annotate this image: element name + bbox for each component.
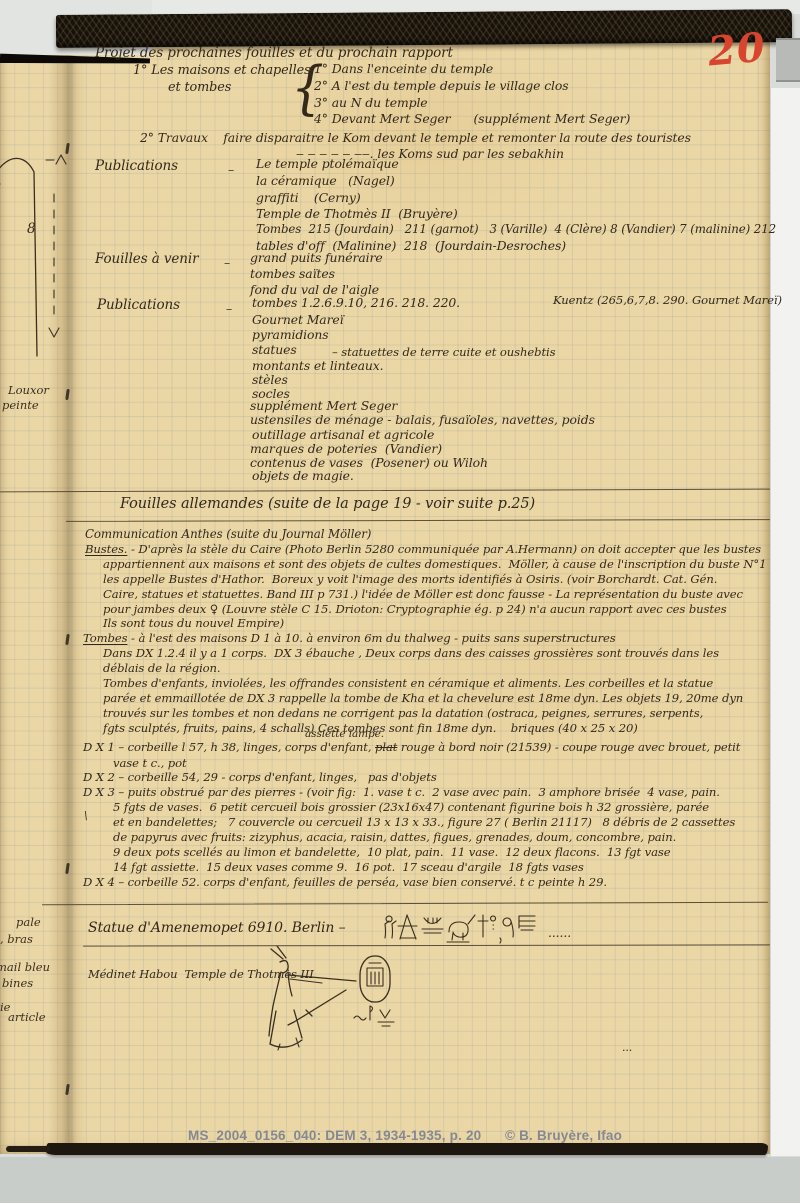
margin-fragment: bines — [2, 977, 33, 989]
handwritten-line: Médinet Habou Temple de Thotmès III — [88, 968, 314, 980]
handwritten-line: tombes saïtes — [250, 267, 335, 280]
handwritten-line: 1° Dans l'enceinte du temple — [314, 62, 493, 75]
handwritten-line: Tombes - à l'est des maisons D 1 à 10. à… — [83, 632, 616, 644]
margin-fragment: \ — [84, 810, 88, 822]
handwritten-line: ... — [622, 1042, 632, 1054]
handwritten-line: 5 fgts de vases. 6 petit cercueil bois g… — [113, 801, 709, 813]
handwritten-line: Publications — [95, 159, 178, 173]
handwritten-line: montants et linteaux. — [252, 359, 383, 372]
handwritten-line: Statue d'Amenemopet 6910. Berlin – — [88, 921, 346, 936]
handwritten-line: grand puits funéraire — [250, 251, 383, 264]
handwritten-line: stèles — [252, 373, 288, 386]
handwritten-line: Projet des prochaines fouilles et du pro… — [95, 46, 453, 60]
page-number: 20 — [706, 24, 768, 76]
handwritten-line: – — [228, 163, 234, 176]
handwritten-line: Caire, statues et statuettes. Band III p… — [103, 588, 743, 600]
handwritten-line: Dans DX 1.2.4 il y a 1 corps. DX 3 ébauc… — [103, 647, 719, 659]
handwritten-line: Temple de Thotmès II (Bruyère) — [256, 207, 458, 220]
handwritten-line: 4° Devant Mert Seger (supplément Mert Se… — [314, 112, 630, 125]
handwritten-line: vase t c., pot — [113, 757, 187, 769]
handwritten-line: Gournet Mareï — [252, 313, 344, 326]
handwritten-line: graffiti (Cerny) — [256, 191, 361, 204]
cover-corner-metal — [776, 38, 800, 82]
notebook-scan: 20 MS_2004_0156_040: DEM 3, 1934-1935, p… — [0, 0, 800, 1203]
page-block-edge — [770, 88, 800, 1156]
handwritten-line: D X 4 – corbeille 52. corps d'enfant, fe… — [83, 876, 607, 888]
handwritten-line: pyramidions — [252, 328, 329, 341]
archive-caption: MS_2004_0156_040: DEM 3, 1934-1935, p. 2… — [188, 1128, 481, 1143]
handwritten-line: parée et emmaillotée de DX 3 rappelle la… — [103, 692, 743, 704]
handwritten-line: tombes 1.2.6.9.10, 216. 218. 220. — [252, 296, 460, 309]
handwritten-line: de papyrus avec fruits: zizyphus, acacia… — [113, 831, 676, 843]
handwritten-line: statues — [252, 343, 297, 356]
handwritten-line: 3° au N du temple — [314, 96, 428, 109]
handwritten-line: D X 1 – corbeille l 57, h 38, linges, co… — [83, 741, 740, 753]
handwritten-line: ...... — [548, 926, 571, 939]
handwritten-line: Kuentz (265,6,7,8. 290. Gournet Mareï) — [553, 294, 782, 306]
handwritten-line: marques de poteries (Vandier) — [250, 442, 442, 455]
handwritten-line: trouvés sur les tombes et non dedans ne … — [103, 707, 703, 719]
handwritten-line: outillage artisanal et agricole — [252, 428, 434, 441]
handwritten-line: assiette lampe. — [305, 729, 384, 740]
margin-fragment: peinte — [2, 399, 39, 411]
handwritten-line: objets de magie. — [252, 469, 354, 482]
figure-cartouche-sketch — [250, 948, 410, 1050]
handwritten-line: les appelle Bustes d'Hathor. Boreux y vo… — [103, 573, 717, 585]
copyright-caption: © B. Bruyère, Ifao — [505, 1128, 622, 1143]
handwritten-line: Tombes d'enfants, inviolées, les offrand… — [103, 677, 713, 689]
handwritten-line: et tombes — [168, 81, 231, 94]
margin-fragment: pale — [16, 916, 41, 928]
page-bottom-torn-edge-left — [6, 1146, 50, 1152]
handwritten-line: – statuettes de terre cuite et oushebtis — [332, 346, 555, 358]
handwritten-line: 2° Travaux faire disparaitre le Kom deva… — [140, 131, 691, 144]
handwritten-line: – — [224, 256, 230, 269]
handwritten-line: Tombes 215 (Jourdain) 211 (garnot) 3 (Va… — [256, 223, 776, 235]
handwritten-line: Ils sont tous du nouvel Empire) — [103, 617, 284, 629]
margin-fragment: mail bleu — [0, 961, 50, 973]
handwritten-line: D X 2 – corbeille 54, 29 - corps d'enfan… — [83, 771, 437, 783]
handwritten-line: Le temple ptolémaïque — [256, 157, 399, 170]
hieroglyph-row — [383, 912, 543, 944]
handwritten-line: 1° Les maisons et chapelles — [133, 64, 311, 77]
handwritten-line: supplément Mert Seger — [250, 399, 397, 412]
page-bottom-torn-edge — [46, 1143, 768, 1155]
handwritten-line: pour jambes deux ♀ (Louvre stèle C 15. D… — [103, 603, 727, 615]
handwritten-line: 2° A l'est du temple depuis le village c… — [314, 79, 569, 92]
margin-fragment: Louxor — [8, 384, 49, 396]
handwritten-line: 9 deux pots scellés au limon et bandelet… — [113, 846, 671, 858]
margin-fragment: article — [8, 1011, 46, 1023]
handwritten-line: Fouilles à venir — [95, 252, 198, 266]
margin-fragment: 8 — [27, 222, 36, 236]
handwritten-line: Fouilles allemandes (suite de la page 19… — [120, 497, 535, 512]
handwritten-line: déblais de la région. — [103, 662, 221, 674]
handwritten-line: la céramique (Nagel) — [256, 174, 395, 187]
stela-sketch — [0, 136, 92, 371]
handwritten-line: 14 fgt assiette. 15 deux vases comme 9. … — [113, 861, 584, 873]
handwritten-line: ustensiles de ménage - balais, fusaïoles… — [250, 413, 595, 426]
handwritten-line: et en bandelettes; 7 couvercle ou cercue… — [113, 816, 735, 828]
handwritten-line: D X 3 – puits obstrué par des pierres - … — [83, 786, 720, 798]
handwritten-line: Bustes. - D'après la stèle du Caire (Pho… — [85, 543, 761, 555]
handwritten-line: Communication Anthes (suite du Journal M… — [85, 528, 371, 540]
margin-fragment: , bras — [0, 933, 33, 945]
handwritten-line: Publications — [97, 298, 180, 312]
handwritten-line: – — [226, 302, 232, 315]
binding-band — [56, 9, 792, 48]
handwritten-line: appartiennent aux maisons et sont des ob… — [103, 558, 766, 570]
